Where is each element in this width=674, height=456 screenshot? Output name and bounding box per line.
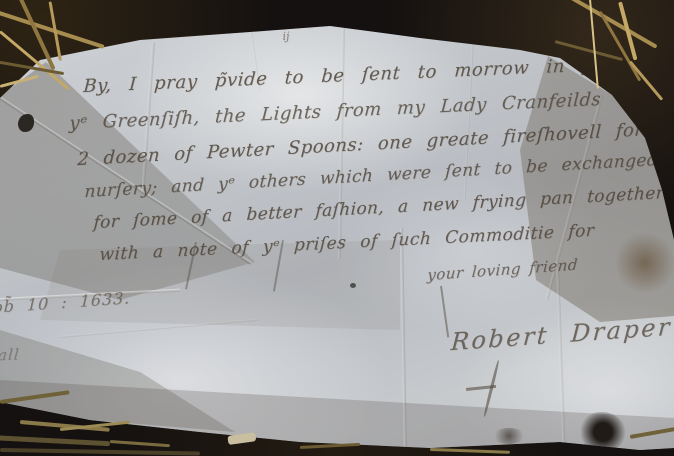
dirt-blot — [492, 428, 526, 444]
photo-scene: ij By, I pray p̃vide to be ſent to morro… — [0, 0, 674, 456]
straw-strand — [629, 61, 663, 101]
straw-strand — [110, 440, 170, 447]
straw-strand — [430, 448, 510, 454]
straw-strand — [0, 448, 200, 455]
ink-mark: ij — [282, 30, 290, 43]
straw-strand — [599, 11, 642, 82]
straw-strand — [569, 0, 658, 49]
dirt-blot — [580, 412, 626, 452]
dirt-spot — [420, 10, 464, 22]
straw-strand — [0, 435, 110, 446]
straw-strand — [300, 443, 360, 449]
manuscript-letter: ij By, I pray p̃vide to be ſent to morro… — [0, 0, 674, 456]
letter-place-name: Copthall — [0, 345, 20, 366]
dirt-stain — [616, 230, 674, 296]
straw-strand — [555, 40, 623, 61]
ink-dot — [350, 283, 356, 288]
